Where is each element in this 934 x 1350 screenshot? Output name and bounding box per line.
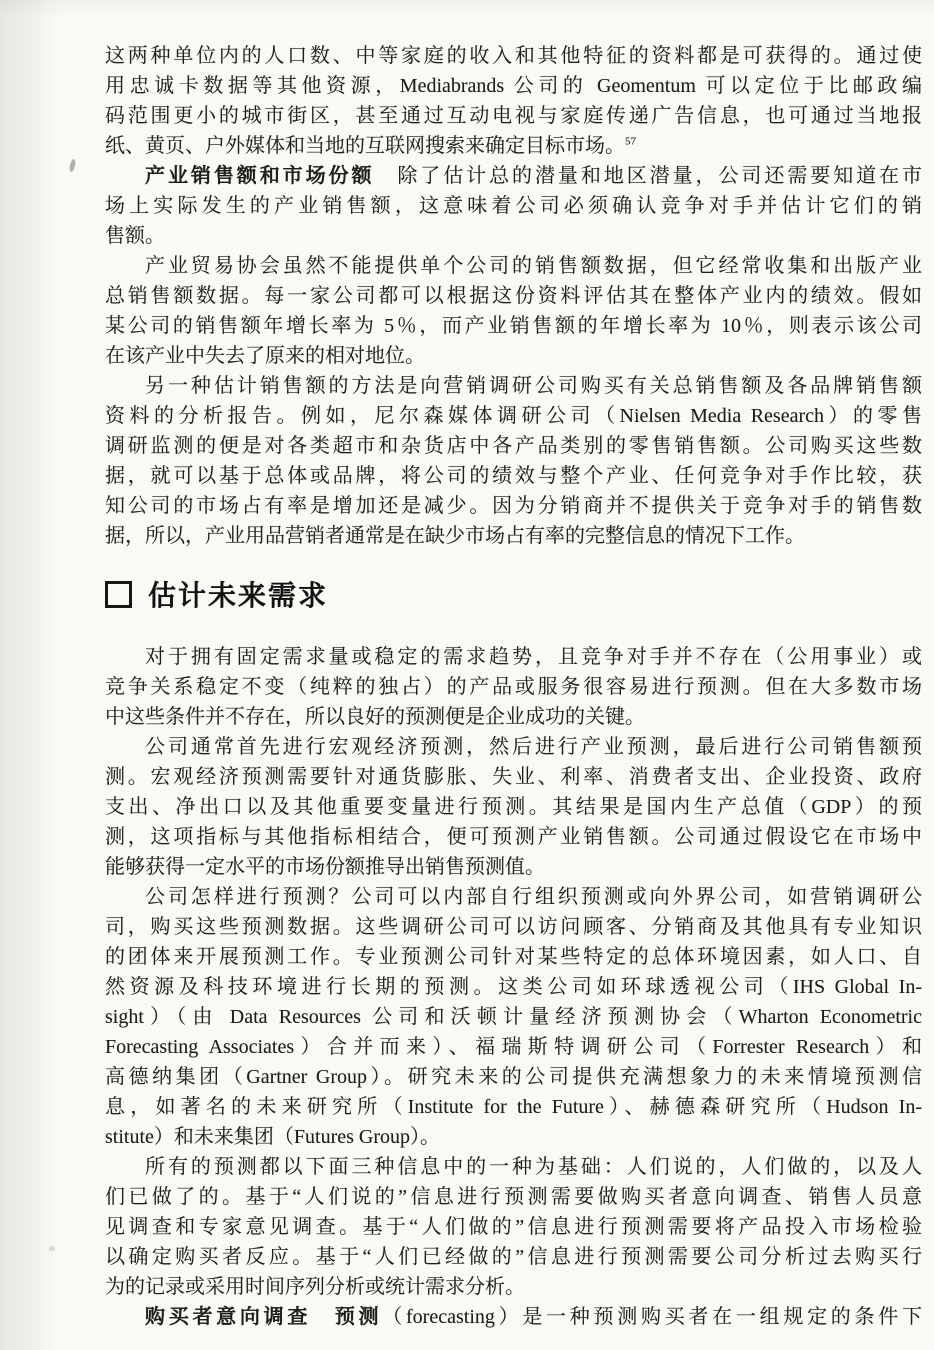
text-line: 纸、黄页、户外媒体和当地的互联网搜索来确定目标市场。57 bbox=[105, 131, 922, 161]
text-segment: 据，就可以基于总体或品牌，将公司的绩效与整个产业、任何竞争对手作比较，获 bbox=[105, 465, 922, 487]
text-segment: Forecasting Associates）合并而来）、福瑞斯特调研公司（Fo… bbox=[105, 1036, 922, 1058]
text-segment: 售额。 bbox=[105, 225, 165, 247]
text-segment: 据，所以，产业用品营销者通常是在缺少市场占有率的完整信息的情况下工作。 bbox=[105, 525, 805, 547]
text-line: 所有的预测都以下面三种信息中的一种为基础：人们说的，人们做的，以及人 bbox=[105, 1152, 922, 1182]
text-segment: 为的记录或采用时间序列分析或统计需求分析。 bbox=[105, 1276, 525, 1298]
text-line: 息，如著名的未来研究所（Institute for the Future）、赫德… bbox=[105, 1092, 922, 1122]
scanned-book-page: 这两种单位内的人口数、中等家庭的收入和其他特征的资料都是可获得的。通过使用忠诚卡… bbox=[0, 0, 934, 1350]
text-line: 公司通常首先进行宏观经济预测，然后进行产业预测，最后进行公司销售额预 bbox=[105, 732, 922, 762]
text-segment: 支出、净出口以及其他重要变量进行预测。其结果是国内生产总值（GDP）的预 bbox=[105, 796, 922, 818]
text-segment: stitute）和未来集团（Futures Group）。 bbox=[105, 1126, 440, 1148]
text-segment: 能够获得一定水平的市场份额推导出销售预测值。 bbox=[105, 856, 545, 878]
text-line: 以确定购买者反应。基于“人们已经做的”信息进行预测需要公司分析过去购买行 bbox=[105, 1242, 922, 1272]
text-segment: 资料的分析报告。例如，尼尔森媒体调研公司（Nielsen Media Resea… bbox=[105, 405, 922, 427]
scan-artifact bbox=[69, 159, 77, 173]
paragraph: 对于拥有固定需求量或稳定的需求趋势，且竞争对手并不存在（公用事业）或竞争关系稳定… bbox=[105, 642, 922, 732]
text-segment: 测，这项指标与其他指标相结合，便可预测产业销售额。公司通过假设它在市场中 bbox=[105, 826, 922, 848]
text-line: 据，所以，产业用品营销者通常是在缺少市场占有率的完整信息的情况下工作。 bbox=[105, 521, 922, 551]
text-line: 为的记录或采用时间序列分析或统计需求分析。 bbox=[105, 1272, 922, 1302]
text-segment: （forecasting）是一种预测购买者在一组规定的条件下 bbox=[382, 1306, 922, 1328]
text-segment: 除了估计总的潜量和地区潜量，公司还需要知道在市 bbox=[374, 165, 922, 187]
text-line: 高德纳集团（Gartner Group）。研究未来的公司提供充满想象力的未来情境… bbox=[105, 1062, 922, 1092]
paragraph: 另一种估计销售额的方法是向营销调研公司购买有关总销售额及各品牌销售额资料的分析报… bbox=[105, 371, 922, 551]
footnote-ref: 57 bbox=[625, 135, 636, 147]
text-line: 资料的分析报告。例如，尼尔森媒体调研公司（Nielsen Media Resea… bbox=[105, 401, 922, 431]
text-line: 竞争关系稳定不变（纯粹的独占）的产品或服务很容易进行预测。但在大多数市场 bbox=[105, 672, 922, 702]
text-line: 支出、净出口以及其他重要变量进行预测。其结果是国内生产总值（GDP）的预 bbox=[105, 792, 922, 822]
text-line: 对于拥有固定需求量或稳定的需求趋势，且竞争对手并不存在（公用事业）或 bbox=[105, 642, 922, 672]
text-segment: 司，购买这些预测数据。这些调研公司可以访问顾客、分销商及其他具有专业知识 bbox=[105, 916, 922, 938]
text-line: 调研监测的便是对各类超市和杂货店中各产品类别的零售销售额。公司购买这些数 bbox=[105, 431, 922, 461]
text-line: 知公司的市场占有率是增加还是减少。因为分销商并不提供关于竞争对手的销售数 bbox=[105, 491, 922, 521]
text-segment: 竞争关系稳定不变（纯粹的独占）的产品或服务很容易进行预测。但在大多数市场 bbox=[105, 676, 922, 698]
text-line: 产业销售额和市场份额 除了估计总的潜量和地区潜量，公司还需要知道在市 bbox=[105, 161, 922, 191]
text-line: 购买者意向调查 预测（forecasting）是一种预测购买者在一组规定的条件下 bbox=[105, 1302, 922, 1332]
text-line: 公司怎样进行预测？公司可以内部自行组织预测或向外界公司，如营销调研公 bbox=[105, 882, 922, 912]
text-segment: 在该产业中失去了原来的相对地位。 bbox=[105, 345, 425, 367]
text-segment: 所有的预测都以下面三种信息中的一种为基础：人们说的，人们做的，以及人 bbox=[145, 1156, 922, 1178]
text-line: 据，就可以基于总体或品牌，将公司的绩效与整个产业、任何竞争对手作比较，获 bbox=[105, 461, 922, 491]
paragraph: 所有的预测都以下面三种信息中的一种为基础：人们说的，人们做的，以及人们已做了的。… bbox=[105, 1152, 922, 1302]
section-heading-text: 估计未来需求 bbox=[148, 574, 328, 614]
text-line: 用忠诚卡数据等其他资源，Mediabrands 公司的 Geomentum 可以… bbox=[105, 71, 922, 101]
text-line: 们已做了的。基于“人们说的”信息进行预测需要做购买者意向调查、销售人员意 bbox=[105, 1182, 922, 1212]
text-line: Forecasting Associates）合并而来）、福瑞斯特调研公司（Fo… bbox=[105, 1032, 922, 1062]
text-line: sight）（由 Data Resources 公司和沃顿计量经济预测协会（Wh… bbox=[105, 1002, 922, 1032]
text-segment: 然资源及科技环境进行长期的预测。这类公司如环球透视公司（IHS Global I… bbox=[105, 976, 922, 998]
text-line: 见调查和专家意见调查。基于“人们做的”信息进行预测需要将产品投入市场检验 bbox=[105, 1212, 922, 1242]
text-line: 产业贸易协会虽然不能提供单个公司的销售额数据，但它经常收集和出版产业 bbox=[105, 251, 922, 281]
text-segment: 测。宏观经济预测需要针对通货膨胀、失业、利率、消费者支出、企业投资、政府 bbox=[105, 766, 922, 788]
text-line: 某公司的销售额年增长率为 5％，而产业销售额的年增长率为 10％，则表示该公司 bbox=[105, 311, 922, 341]
text-segment: 产业贸易协会虽然不能提供单个公司的销售额数据，但它经常收集和出版产业 bbox=[145, 255, 922, 277]
text-line: 码范围更小的城市街区，甚至通过互动电视与家庭传递广告信息，也可通过当地报 bbox=[105, 101, 922, 131]
scan-artifact bbox=[49, 1246, 55, 1251]
text-line: 场上实际发生的产业销售额，这意味着公司必须确认竞争对手并估计它们的销 bbox=[105, 191, 922, 221]
text-line: stitute）和未来集团（Futures Group）。 bbox=[105, 1122, 922, 1152]
text-segment: 纸、黄页、户外媒体和当地的互联网搜索来确定目标市场。 bbox=[105, 135, 625, 157]
text-segment: sight）（由 Data Resources 公司和沃顿计量经济预测协会（Wh… bbox=[105, 1006, 922, 1028]
text-line: 然资源及科技环境进行长期的预测。这类公司如环球透视公司（IHS Global I… bbox=[105, 972, 922, 1002]
text-segment: 购买者意向调查 预测 bbox=[145, 1306, 382, 1328]
text-segment: 们已做了的。基于“人们说的”信息进行预测需要做购买者意向调查、销售人员意 bbox=[105, 1186, 922, 1208]
text-segment: 对于拥有固定需求量或稳定的需求趋势，且竞争对手并不存在（公用事业）或 bbox=[145, 646, 922, 668]
text-line: 这两种单位内的人口数、中等家庭的收入和其他特征的资料都是可获得的。通过使 bbox=[105, 41, 922, 71]
text-segment: 中这些条件并不存在，所以良好的预测便是企业成功的关键。 bbox=[105, 706, 645, 728]
text-segment: 用忠诚卡数据等其他资源，Mediabrands 公司的 Geomentum 可以… bbox=[105, 75, 922, 97]
text-segment: 另一种估计销售额的方法是向营销调研公司购买有关总销售额及各品牌销售额 bbox=[145, 375, 922, 397]
text-line: 售额。 bbox=[105, 221, 922, 251]
text-segment: 知公司的市场占有率是增加还是减少。因为分销商并不提供关于竞争对手的销售数 bbox=[105, 495, 922, 517]
text-segment: 公司通常首先进行宏观经济预测，然后进行产业预测，最后进行公司销售额预 bbox=[145, 736, 922, 758]
text-segment: 的团体来开展预测工作。专业预测公司针对某些特定的总体环境因素，如人口、自 bbox=[105, 946, 922, 968]
text-segment: 息，如著名的未来研究所（Institute for the Future）、赫德… bbox=[105, 1096, 922, 1118]
paragraph: 购买者意向调查 预测（forecasting）是一种预测购买者在一组规定的条件下 bbox=[105, 1302, 922, 1332]
text-line: 的团体来开展预测工作。专业预测公司针对某些特定的总体环境因素，如人口、自 bbox=[105, 942, 922, 972]
text-line: 司，购买这些预测数据。这些调研公司可以访问顾客、分销商及其他具有专业知识 bbox=[105, 912, 922, 942]
section-heading: 估计未来需求 bbox=[105, 577, 922, 611]
text-line: 测。宏观经济预测需要针对通货膨胀、失业、利率、消费者支出、企业投资、政府 bbox=[105, 762, 922, 792]
paragraph: 产业销售额和市场份额 除了估计总的潜量和地区潜量，公司还需要知道在市场上实际发生… bbox=[105, 161, 922, 251]
paragraph: 公司怎样进行预测？公司可以内部自行组织预测或向外界公司，如营销调研公司，购买这些… bbox=[105, 882, 922, 1152]
text-line: 中这些条件并不存在，所以良好的预测便是企业成功的关键。 bbox=[105, 702, 922, 732]
text-segment: 调研监测的便是对各类超市和杂货店中各产品类别的零售销售额。公司购买这些数 bbox=[105, 435, 922, 457]
text-segment: 某公司的销售额年增长率为 5％，而产业销售额的年增长率为 10％，则表示该公司 bbox=[105, 315, 922, 337]
text-line: 能够获得一定水平的市场份额推导出销售预测值。 bbox=[105, 852, 922, 882]
paragraph: 产业贸易协会虽然不能提供单个公司的销售额数据，但它经常收集和出版产业总销售额数据… bbox=[105, 251, 922, 371]
paragraph: 公司通常首先进行宏观经济预测，然后进行产业预测，最后进行公司销售额预测。宏观经济… bbox=[105, 732, 922, 882]
text-segment: 产业销售额和市场份额 bbox=[145, 165, 374, 187]
text-segment: 码范围更小的城市街区，甚至通过互动电视与家庭传递广告信息，也可通过当地报 bbox=[105, 105, 922, 127]
text-segment: 场上实际发生的产业销售额，这意味着公司必须确认竞争对手并估计它们的销 bbox=[105, 195, 922, 217]
text-line: 另一种估计销售额的方法是向营销调研公司购买有关总销售额及各品牌销售额 bbox=[105, 371, 922, 401]
text-segment: 高德纳集团（Gartner Group）。研究未来的公司提供充满想象力的未来情境… bbox=[105, 1066, 922, 1088]
text-segment: 总销售额数据。每一家公司都可以根据这份资料评估其在整体产业内的绩效。假如 bbox=[105, 285, 922, 307]
text-line: 在该产业中失去了原来的相对地位。 bbox=[105, 341, 922, 371]
text-segment: 这两种单位内的人口数、中等家庭的收入和其他特征的资料都是可获得的。通过使 bbox=[105, 45, 922, 67]
text-line: 总销售额数据。每一家公司都可以根据这份资料评估其在整体产业内的绩效。假如 bbox=[105, 281, 922, 311]
text-segment: 公司怎样进行预测？公司可以内部自行组织预测或向外界公司，如营销调研公 bbox=[145, 886, 922, 908]
text-block: 这两种单位内的人口数、中等家庭的收入和其他特征的资料都是可获得的。通过使用忠诚卡… bbox=[105, 41, 922, 1332]
square-bullet-icon bbox=[105, 581, 132, 608]
text-segment: 见调查和专家意见调查。基于“人们做的”信息进行预测需要将产品投入市场检验 bbox=[105, 1216, 922, 1238]
text-line: 测，这项指标与其他指标相结合，便可预测产业销售额。公司通过假设它在市场中 bbox=[105, 822, 922, 852]
text-segment: 以确定购买者反应。基于“人们已经做的”信息进行预测需要公司分析过去购买行 bbox=[105, 1246, 922, 1268]
paragraph: 这两种单位内的人口数、中等家庭的收入和其他特征的资料都是可获得的。通过使用忠诚卡… bbox=[105, 41, 922, 161]
